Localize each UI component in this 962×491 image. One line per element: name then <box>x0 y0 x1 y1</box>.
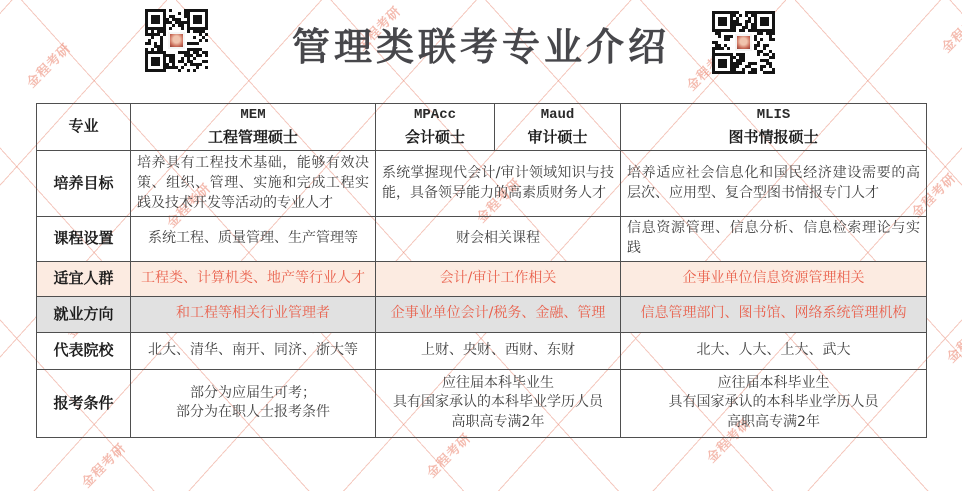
program-abbr: MEM <box>137 106 369 126</box>
cell-mpacc-maud: 上财、央财、西财、东财 <box>376 332 621 369</box>
row-training-goal: 培养目标 培养具有工程技术基础，能够有效决策、组织、管理、实施和完成工程实践及技… <box>37 151 927 217</box>
cell-mlis: 信息管理部门、图书馆、网络系统管理机构 <box>621 296 927 332</box>
qr-code-left-icon <box>145 9 208 72</box>
program-header-mlis: MLIS 图书情报硕士 <box>621 104 927 151</box>
row-label: 培养目标 <box>37 151 131 217</box>
watermark-text: 金程考研 <box>76 438 129 491</box>
program-name: 工程管理硕士 <box>137 127 369 148</box>
row-label: 就业方向 <box>37 296 131 332</box>
qr-finder-icon <box>187 9 208 30</box>
programs-table: 专业 MEM 工程管理硕士 MPAcc 会计硕士 Maud 审计硕士 MLIS … <box>36 103 927 438</box>
cell-mem: 培养具有工程技术基础，能够有效决策、组织、管理、实施和完成工程实践及技术开发等活… <box>131 151 376 217</box>
row-label: 报考条件 <box>37 369 131 437</box>
row-label: 代表院校 <box>37 332 131 369</box>
qr-finder-icon <box>145 51 166 72</box>
table-header-row: 专业 MEM 工程管理硕士 MPAcc 会计硕士 Maud 审计硕士 MLIS … <box>37 104 927 151</box>
corner-label: 专业 <box>37 104 131 151</box>
cell-mlis: 北大、人大、上大、武大 <box>621 332 927 369</box>
cell-mem: 系统工程、质量管理、生产管理等 <box>131 217 376 262</box>
row-representative-schools: 代表院校 北大、清华、南开、同济、浙大等 上财、央财、西财、东财 北大、人大、上… <box>37 332 927 369</box>
row-application-requirements: 报考条件 部分为应届生可考； 部分为在职人士报考条件 应往届本科毕业生 具有国家… <box>37 369 927 437</box>
cell-mem: 北大、清华、南开、同济、浙大等 <box>131 332 376 369</box>
qr-finder-icon <box>145 9 166 30</box>
qr-finder-icon <box>712 53 733 74</box>
cell-mlis: 应往届本科毕业生 具有国家承认的本科毕业学历人员 高职高专满2年 <box>621 369 927 437</box>
cell-mlis: 培养适应社会信息化和国民经济建设需要的高层次、应用型、复合型图书情报专门人才 <box>621 151 927 217</box>
program-header-maud: Maud 审计硕士 <box>495 104 621 151</box>
program-abbr: MLIS <box>627 106 920 126</box>
row-label: 课程设置 <box>37 217 131 262</box>
program-name: 图书情报硕士 <box>627 127 920 148</box>
program-header-mpacc: MPAcc 会计硕士 <box>376 104 495 151</box>
cell-mpacc-maud: 应往届本科毕业生 具有国家承认的本科毕业学历人员 高职高专满2年 <box>376 369 621 437</box>
cell-mem: 和工程等相关行业管理者 <box>131 296 376 332</box>
cell-mpacc-maud: 财会相关课程 <box>376 217 621 262</box>
row-curriculum: 课程设置 系统工程、质量管理、生产管理等 财会相关课程 信息资源管理、信息分析、… <box>37 217 927 262</box>
row-suitable-people: 适宜人群 工程类、计算机类、地产等行业人才 会计/审计工作相关 企事业单位信息资… <box>37 261 927 296</box>
cell-mpacc-maud: 企事业单位会计/税务、金融、管理 <box>376 296 621 332</box>
program-name: 审计硕士 <box>501 127 614 148</box>
row-career-direction: 就业方向 和工程等相关行业管理者 企事业单位会计/税务、金融、管理 信息管理部门… <box>37 296 927 332</box>
row-label: 适宜人群 <box>37 261 131 296</box>
program-name: 会计硕士 <box>382 127 488 148</box>
program-abbr: Maud <box>501 106 614 126</box>
qr-code-right-icon <box>712 11 775 74</box>
qr-finder-icon <box>754 11 775 32</box>
cell-mlis: 信息资源管理、信息分析、信息检索理论与实践 <box>621 217 927 262</box>
program-header-mem: MEM 工程管理硕士 <box>131 104 376 151</box>
qr-center-photo <box>735 34 752 51</box>
qr-center-photo <box>168 32 185 49</box>
watermark-text: 金程考研 <box>941 313 962 366</box>
program-abbr: MPAcc <box>382 106 488 126</box>
cell-mem: 部分为应届生可考； 部分为在职人士报考条件 <box>131 369 376 437</box>
cell-mlis: 企事业单位信息资源管理相关 <box>621 261 927 296</box>
cell-mpacc-maud: 系统掌握现代会计/审计领域知识与技能，具备领导能力的高素质财务人才 <box>376 151 621 217</box>
page-header: 管理类联考专业介绍 <box>0 0 962 95</box>
cell-mpacc-maud: 会计/审计工作相关 <box>376 261 621 296</box>
cell-mem: 工程类、计算机类、地产等行业人才 <box>131 261 376 296</box>
qr-finder-icon <box>712 11 733 32</box>
